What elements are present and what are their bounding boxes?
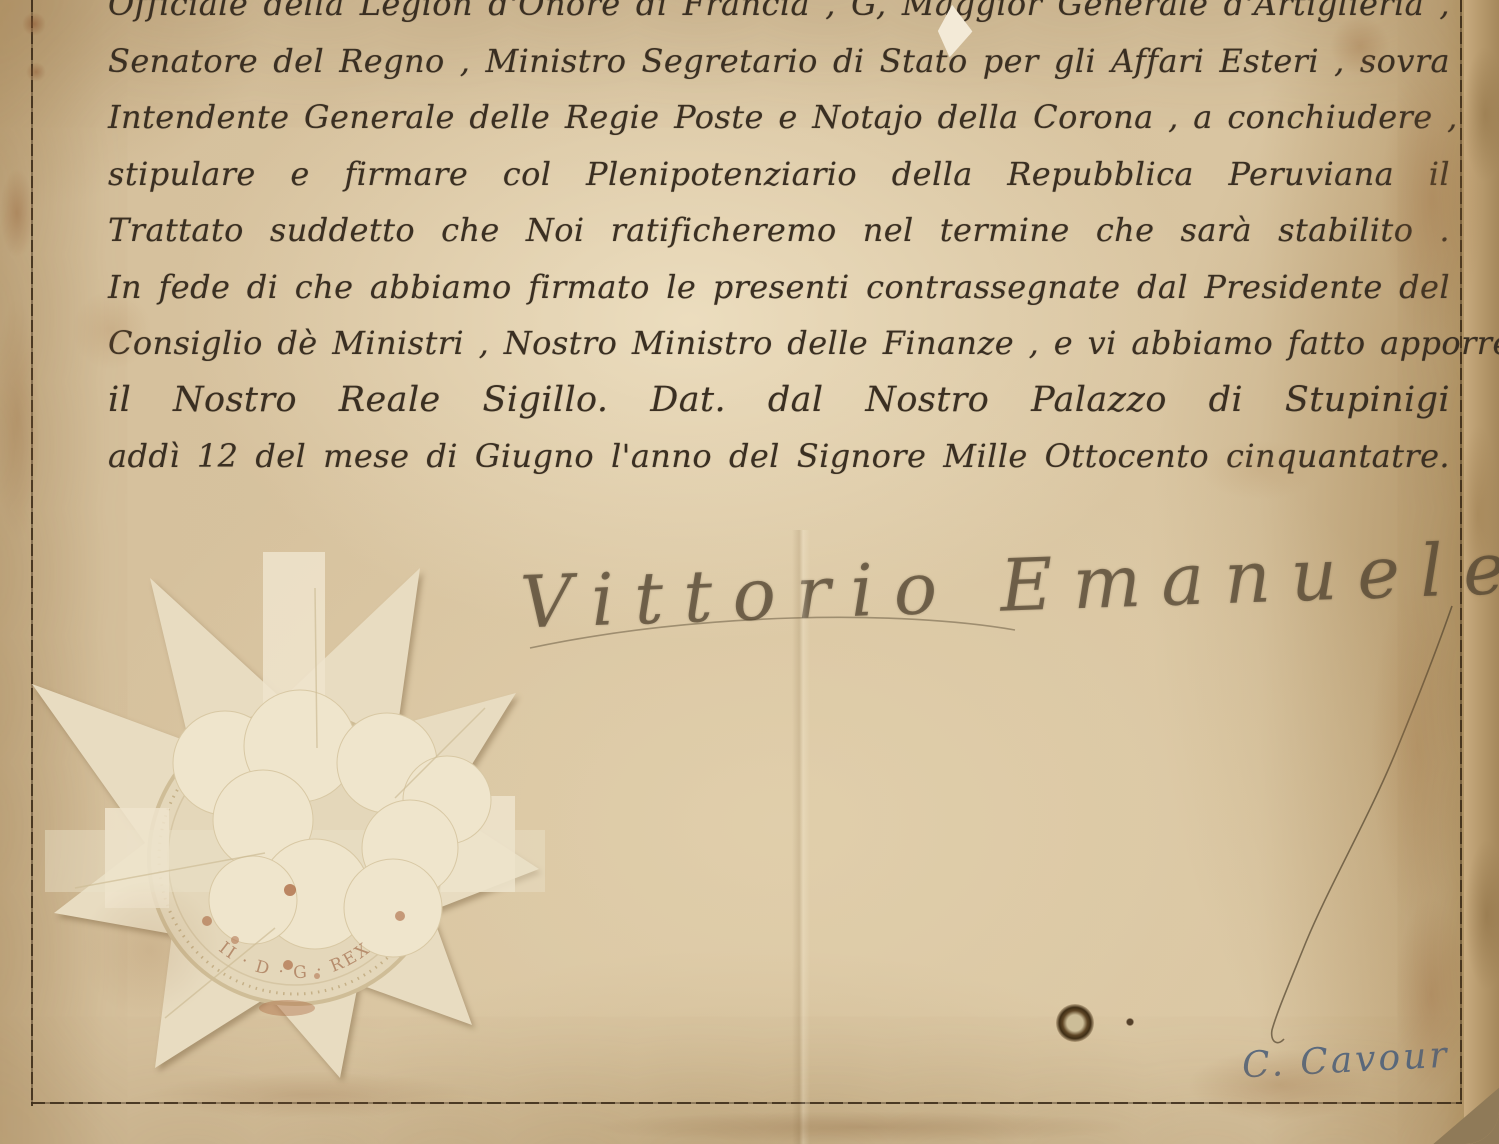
paper-stain xyxy=(600,1112,1120,1142)
manuscript-line-dateline: addì 12 del mese di Giugno l'anno del Si… xyxy=(108,428,1450,485)
paper-stain xyxy=(0,168,34,258)
border-line-bottom xyxy=(31,1102,1462,1104)
manuscript-line-dateline: il Nostro Reale Sigillo. Dat. dal Nostro… xyxy=(108,372,1450,429)
royal-signature: Vittorio Emanuele xyxy=(519,527,1471,644)
embossed-paper-seal: II · D · G · REX · SA xyxy=(15,548,575,1088)
paper-crease xyxy=(792,530,810,1144)
parchment-document-page: Officiale della Legion d'Onore di Franci… xyxy=(0,0,1499,1144)
ink-speck xyxy=(1126,1018,1134,1026)
paper-stain xyxy=(0,300,40,540)
manuscript-line: Officiale della Legion d'Onore di Franci… xyxy=(108,0,1450,33)
signature-descender-flourish xyxy=(1272,606,1452,1043)
paper-stain xyxy=(22,12,46,36)
manuscript-text-block: Officiale della Legion d'Onore di Franci… xyxy=(108,0,1450,485)
manuscript-line: Trattato suddetto che Noi ratificheremo … xyxy=(108,202,1450,259)
manuscript-line: Intendente Generale delle Regie Poste e … xyxy=(108,89,1450,146)
manuscript-line: Consiglio dè Ministri , Nostro Ministro … xyxy=(108,315,1450,372)
manuscript-line: stipulare e firmare col Plenipotenziario… xyxy=(108,146,1450,203)
paper-stain xyxy=(1372,580,1462,920)
manuscript-line: Senatore del Regno , Ministro Segretario… xyxy=(108,33,1450,90)
paper-stain xyxy=(26,62,46,82)
burn-spot xyxy=(1056,1004,1094,1042)
countersignature: C. Cavour xyxy=(1241,1035,1450,1087)
manuscript-line: In fede di che abbiamo firmato le presen… xyxy=(108,259,1450,316)
